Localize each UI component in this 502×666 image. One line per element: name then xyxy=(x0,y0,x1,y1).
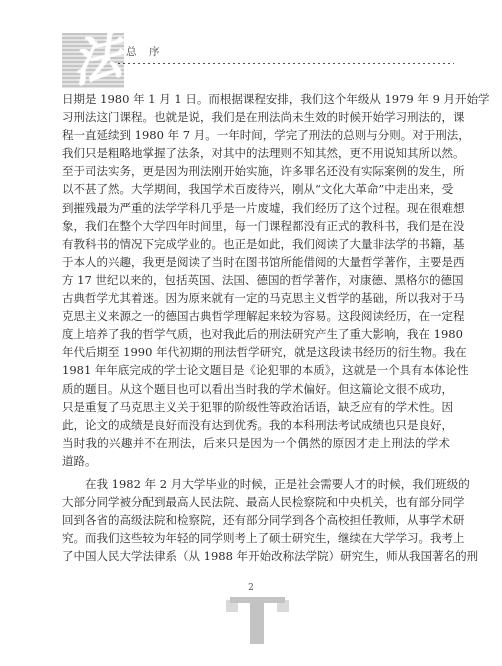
text-line: 我们只是粗略地掌握了法条，对其中的法理则不知其然，更不用说知其所以然。 xyxy=(62,144,450,162)
t-ornament-right-square xyxy=(277,600,289,612)
section-title: 总 序 xyxy=(126,44,161,59)
text-line: 年代后期至 1990 年代初期的刑法哲学研究，就是这段读书经历的衍生物。我在 xyxy=(62,343,450,361)
text-line: 当时我的兴趣并不在刑法，后来只是因为一个偶然的原因才走上刑法的学术 xyxy=(62,434,450,452)
body-text: 日期是 1980 年 1 月 1 日。而根据课程安排，我们这个年级从 1979 … xyxy=(62,90,450,565)
dotted-rule xyxy=(118,63,454,64)
text-line: 象，我们在整个大学四年时间里，每一门课程都没有正式的教科书，我们是在没 xyxy=(62,217,450,235)
text-line: 日期是 1980 年 1 月 1 日。而根据课程安排，我们这个年级从 1979 … xyxy=(62,90,450,108)
book-page: 法 总 序 日期是 1980 年 1 月 1 日。而根据课程安排，我们这个年级从… xyxy=(0,0,502,666)
text-line: 至于司法实务，更是因为刑法刚开始实施，许多罪名还没有实际案例的发生，所 xyxy=(62,162,450,180)
text-line: 此，论文的成绩是良好而没有达到优秀。我的本科刑法考试成绩也只是良好， xyxy=(62,416,450,434)
text-line: 度上培养了我的哲学气质，也对我此后的刑法研究产生了重大影响，我在 1980 xyxy=(62,325,450,343)
text-line: 克思主义来源之一的德国古典哲学理解起来较为容易。这段阅读经历，在一定程 xyxy=(62,307,450,325)
t-ornament-stem xyxy=(250,597,264,644)
text-line: 在我 1982 年 2 月大学毕业的时候，正是社会需要人才的时候，我们班级的 xyxy=(62,475,450,493)
paragraph: 在我 1982 年 2 月大学毕业的时候，正是社会需要人才的时候，我们班级的大部… xyxy=(62,475,450,565)
law-character-calligraphy: 法 xyxy=(61,20,132,100)
t-ornament-bar xyxy=(230,597,285,603)
text-line: 古典哲学尤其着迷。因为原来就有一定的马克思主义哲学的基础，所以我对于马 xyxy=(62,289,450,307)
text-line: 大部分同学被分配到最高人民法院、最高人民检察院和中央机关，也有部分同学 xyxy=(62,493,450,511)
paragraph: 日期是 1980 年 1 月 1 日。而根据课程安排，我们这个年级从 1979 … xyxy=(62,90,450,470)
text-line: 回到各省的高级法院和检察院，还有部分同学到各个高校担任教师，从事学术研 xyxy=(62,511,450,529)
text-line: 1981 年年底完成的学士论文题目是《论犯罪的本质》，这就是一个具有本体论性 xyxy=(62,361,450,379)
text-line: 到摧残最为严重的法学学科几乎是一片废墟，我们经历了这个过程。现在很难想 xyxy=(62,199,450,217)
text-line: 道路。 xyxy=(62,452,450,470)
page-number: 2 xyxy=(0,583,502,593)
text-line: 有教科书的情况下完成学业的。也正是如此，我们阅读了大量非法学的书籍，基 xyxy=(62,235,450,253)
t-ornament-left-square xyxy=(226,600,238,612)
law-logo: 法 xyxy=(62,33,124,88)
text-line: 以不甚了然。大学期间，我国学术百废待兴，刚从“文化大革命”中走出来，受 xyxy=(62,180,450,198)
text-line: 究。而我们这些较为年轻的同学则考上了硕士研究生，继续在大学学习。我考上 xyxy=(62,529,450,547)
text-line: 质的题目。从这个题目也可以看出当时我的学术偏好。但这篇论文很不成功， xyxy=(62,380,450,398)
text-line: 程一直延续到 1980 年 7 月。一年时间，学完了刑法的总则与分则。对于刑法， xyxy=(62,126,450,144)
text-line: 习刑法这门课程。也就是说，我们是在刑法尚未生效的时候开始学习刑法的，课 xyxy=(62,108,450,126)
text-line: 了中国人民大学法律系（从 1988 年开始改称法学院）研究生，师从我国著名的刑 xyxy=(62,547,450,565)
text-line: 方 17 世纪以来的，包括英国、法国、德国的哲学著作，对康德、黑格尔的德国 xyxy=(62,271,450,289)
text-line: 只是重复了马克思主义关于犯罪的阶级性等政治话语，缺乏应有的学术性。因 xyxy=(62,398,450,416)
text-line: 于本人的兴趣，我更是阅读了当时在图书馆所能借阅的大量哲学著作，主要是西 xyxy=(62,253,450,271)
